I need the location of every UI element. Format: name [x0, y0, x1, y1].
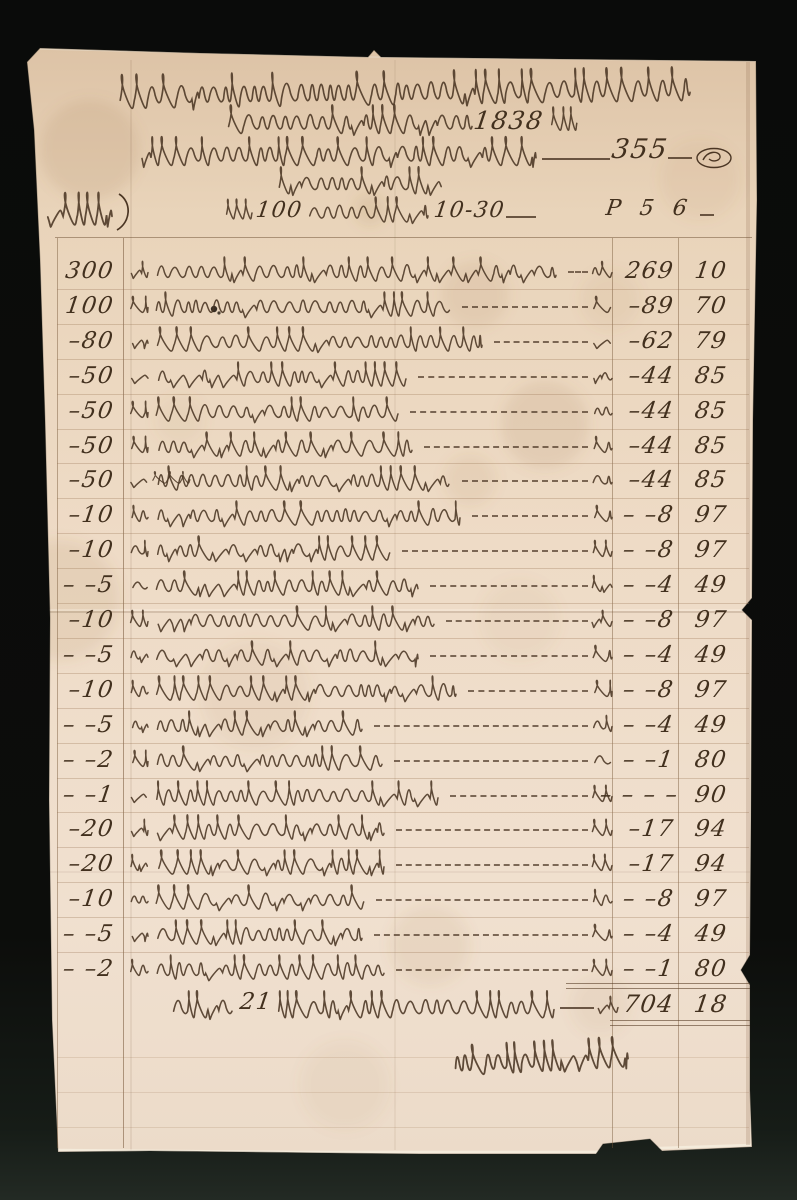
ledger-row: –10 – –8 97: [0, 533, 797, 568]
ledger-row: – –5 – –4 49: [0, 708, 797, 743]
row-unit-prefix-mark: [128, 820, 152, 842]
row-dash-leader: [450, 795, 588, 797]
row-description-script: [154, 467, 454, 498]
row-dash-leader: [418, 376, 588, 378]
row-description-script: [154, 398, 402, 429]
row-cents: 85: [680, 463, 743, 497]
row-cents: 97: [680, 603, 743, 637]
ledger-line: [57, 1092, 749, 1093]
row-cents: 94: [680, 847, 743, 881]
photo-background: 1838 355 100 10-30 P 5 6 300: [0, 0, 797, 1200]
row-description-script: [154, 258, 560, 289]
ledger-row: –50 –44 85: [0, 463, 797, 498]
row-unit-prefix-mark: [128, 506, 152, 528]
row-dash-leader: [374, 725, 588, 727]
row-cents: 97: [680, 673, 743, 707]
row-amount: –44: [598, 463, 677, 497]
row-unit-prefix-mark: [128, 541, 152, 563]
ledger-line: [57, 1127, 749, 1128]
row-unit-prefix-mark: [128, 716, 152, 738]
row-quantity: – –5: [48, 708, 117, 742]
row-quantity: – –5: [48, 917, 117, 951]
row-dash-leader: [374, 934, 588, 936]
row-amount: –89: [598, 289, 677, 323]
total-dash: [560, 1007, 594, 1009]
header-script-line4: [276, 168, 446, 202]
row-dash-leader: [446, 620, 588, 622]
row-unit-prefix-mark: [128, 611, 152, 633]
ledger-row: 300 269 10: [0, 254, 797, 289]
row-quantity: – –2: [48, 743, 117, 777]
ledger-row: – –1 – – – – 90: [0, 778, 797, 813]
ledger-row: –10 – –8 97: [0, 603, 797, 638]
signature-script: [451, 1037, 633, 1084]
row-dash-leader: [396, 969, 588, 971]
row-description-script: [154, 607, 438, 638]
row-quantity: – –5: [48, 638, 117, 672]
row-description-script: [154, 956, 388, 987]
ledger-row: – –2 – –1 80: [0, 743, 797, 778]
row-unit-prefix-mark: [128, 925, 152, 947]
row-cents: 85: [680, 394, 743, 428]
total-script-b: [276, 992, 558, 1026]
header-dash-line2: [668, 157, 692, 159]
row-unit-prefix-mark: [128, 262, 152, 284]
row-amount: –44: [598, 394, 677, 428]
row-unit-prefix-mark: [128, 786, 152, 808]
row-unit-prefix-mark: [128, 297, 152, 319]
row-dash-leader: [430, 655, 588, 657]
row-description-script: [154, 363, 410, 394]
row-quantity: –10: [48, 603, 117, 637]
row-quantity: 300: [48, 254, 117, 288]
ledger-row: – –2 – –1 80: [0, 952, 797, 987]
rate-quantity: 100: [254, 198, 304, 223]
row-amount: – –4: [598, 638, 677, 672]
margin-word-script: [44, 194, 116, 234]
row-description-script: [154, 747, 386, 778]
row-dash-leader: [494, 341, 588, 343]
row-unit-prefix-mark: [128, 890, 152, 912]
row-amount: – –8: [598, 603, 677, 637]
row-unit-prefix-mark: [128, 681, 152, 703]
row-unit-prefix-mark: [128, 402, 152, 424]
row-description-script: [154, 851, 388, 882]
row-description-script: [154, 642, 422, 673]
ledger-row: –50 –44 85: [0, 394, 797, 429]
ledger-row: –50 –44 85: [0, 359, 797, 394]
row-quantity: 100: [48, 289, 117, 323]
row-amount: –44: [598, 429, 677, 463]
rate-value: 10-30: [432, 198, 506, 223]
row-description-script: [154, 886, 368, 917]
row-description-script: [154, 677, 460, 708]
row-dash-leader: [376, 899, 588, 901]
row-dash-leader: [396, 864, 588, 866]
row-amount: – –8: [598, 533, 677, 567]
row-dash-leader: [402, 550, 588, 552]
row-cents: 97: [680, 533, 743, 567]
manuscript-content: 1838 355 100 10-30 P 5 6 300: [0, 0, 797, 1200]
header-dash-line: [542, 158, 610, 160]
total-rule-bottom-1: [610, 1020, 750, 1021]
row-quantity: – –2: [48, 952, 117, 986]
row-description-script: [154, 712, 366, 743]
row-description-script: [154, 502, 464, 533]
row-cents: 70: [680, 289, 743, 323]
row-unit-prefix-mark: [128, 437, 152, 459]
row-dash-leader: [462, 480, 588, 482]
row-unit-prefix-mark: [128, 855, 152, 877]
ledger-row: –80 –62 79: [0, 324, 797, 359]
row-dash-leader: [410, 411, 588, 413]
header-line2-flourish: [548, 108, 582, 138]
row-cents: 97: [680, 498, 743, 532]
row-unit-prefix-mark: [128, 646, 152, 668]
total-script-a: [170, 992, 236, 1026]
row-unit-prefix-mark: [128, 332, 152, 354]
row-dash-leader: [424, 446, 588, 448]
row-dash-leader: [472, 515, 588, 517]
total-rule-top-1: [566, 983, 750, 984]
row-amount: – –8: [598, 882, 677, 916]
row-quantity: –10: [48, 882, 117, 916]
ledger-row: –20 –17 94: [0, 812, 797, 847]
ledger-row: –10 – –8 97: [0, 882, 797, 917]
row-amount: – – – –: [598, 778, 677, 812]
row-cents: 80: [680, 743, 743, 777]
row-cents: 97: [680, 882, 743, 916]
row-cents: 94: [680, 812, 743, 846]
ledger-row: –20 –17 94: [0, 847, 797, 882]
row-amount: –44: [598, 359, 677, 393]
margin-word-paraph: [116, 192, 134, 234]
row-description-script: [154, 537, 394, 568]
row-quantity: –50: [48, 394, 117, 428]
rate-dash: [506, 216, 536, 218]
row-unit-prefix-mark: [128, 471, 152, 493]
row7-superscript-note: [150, 470, 194, 489]
ledger-row: –10 – –8 97: [0, 498, 797, 533]
total-amount: 704: [598, 987, 677, 1021]
row-cents: 49: [680, 568, 743, 602]
row-amount: – –8: [598, 498, 677, 532]
row-quantity: –50: [48, 429, 117, 463]
header-right-dash: [700, 214, 714, 216]
row-description-script: [154, 328, 486, 359]
rate-prefix-mark: [224, 200, 256, 226]
row-dash-leader: [430, 585, 588, 587]
row-amount: 269: [598, 254, 677, 288]
row-cents: 80: [680, 952, 743, 986]
ledger-row: – –5 – –4 49: [0, 917, 797, 952]
row-cents: 90: [680, 778, 743, 812]
ledger-row: –50 –44 85: [0, 429, 797, 464]
row-description-script: [154, 816, 388, 847]
row-description-script: [154, 782, 442, 813]
rate-script: [306, 198, 432, 230]
header-right-label: P 5 6: [604, 196, 694, 221]
row-quantity: – –1: [48, 778, 117, 812]
row-dash-leader: [568, 271, 588, 273]
row-unit-prefix-mark: [128, 367, 152, 389]
row-amount: – –1: [598, 952, 677, 986]
row-description-script: [154, 572, 422, 603]
row-cents: 49: [680, 638, 743, 672]
ledger-row: 100 –89 70: [0, 289, 797, 324]
row-description-script: [154, 293, 454, 324]
row-quantity: –80: [48, 324, 117, 358]
header-amount-355: 355: [610, 134, 670, 165]
row-description-script: [154, 921, 366, 952]
row-quantity: –20: [48, 812, 117, 846]
row-quantity: –20: [48, 847, 117, 881]
row-description-script: [154, 433, 416, 464]
ledger-row: – –5 – –4 49: [0, 568, 797, 603]
table-top-rule: [55, 237, 752, 238]
row-dash-leader: [468, 690, 588, 692]
row-quantity: –10: [48, 498, 117, 532]
row-amount: –17: [598, 812, 677, 846]
row-quantity: –10: [48, 533, 117, 567]
row-cents: 49: [680, 708, 743, 742]
total-count: 21: [238, 989, 274, 1015]
row-quantity: –10: [48, 673, 117, 707]
row-amount: –17: [598, 847, 677, 881]
row-amount: – –4: [598, 917, 677, 951]
row-unit-prefix-mark: [128, 960, 152, 982]
row-dash-leader: [396, 829, 588, 831]
row-dash-leader: [462, 306, 588, 308]
row-cents: 79: [680, 324, 743, 358]
ledger-row: –10 – –8 97: [0, 673, 797, 708]
row-amount: – –8: [598, 673, 677, 707]
row-amount: –62: [598, 324, 677, 358]
row-amount: – –4: [598, 568, 677, 602]
row-amount: – –1: [598, 743, 677, 777]
row-dash-leader: [394, 760, 588, 762]
row-amount: – –4: [598, 708, 677, 742]
row-cents: 85: [680, 359, 743, 393]
row-quantity: –50: [48, 359, 117, 393]
ledger-row: – –5 – –4 49: [0, 638, 797, 673]
total-rule-bottom-2: [610, 1025, 750, 1026]
row-quantity: – –5: [48, 568, 117, 602]
total-cents: 18: [680, 987, 743, 1021]
header-script-line2: [226, 106, 476, 142]
row-unit-prefix-mark: [128, 576, 152, 598]
row-cents: 85: [680, 429, 743, 463]
circled-paraph-mark: [694, 144, 736, 172]
row-unit-prefix-mark: [128, 751, 152, 773]
row-cents: 10: [680, 254, 743, 288]
header-year: 1838: [472, 106, 546, 135]
ledger-line: [57, 1057, 749, 1058]
row-quantity: –50: [48, 463, 117, 497]
row-cents: 49: [680, 917, 743, 951]
